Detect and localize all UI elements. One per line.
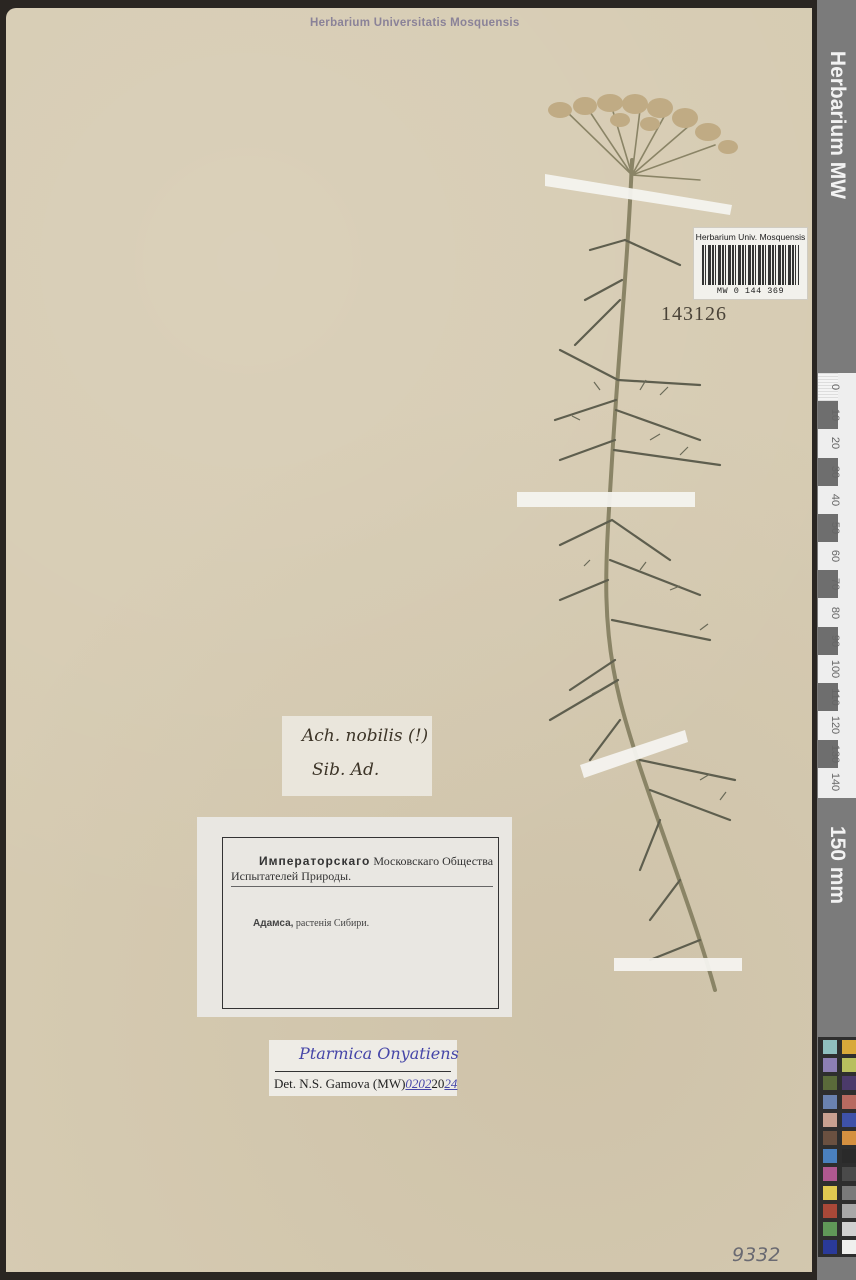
ruler-segment: 30	[818, 458, 856, 486]
color-swatch	[823, 1186, 837, 1200]
color-swatch	[842, 1040, 856, 1054]
color-swatch	[842, 1186, 856, 1200]
ruler-tick-label: 40	[829, 494, 841, 506]
label-heading: Императорскаго Московскаго Общества	[259, 854, 493, 869]
barcode-number: MW 0 144 369	[694, 286, 807, 296]
color-calibration-chart	[818, 1037, 856, 1257]
ruler-segment: 140	[818, 768, 856, 796]
ruler-tick-label: 0	[829, 384, 841, 390]
side-panel-title: Herbarium MW	[819, 20, 855, 230]
barcode-icon	[702, 245, 799, 285]
ruler-segment: 70	[818, 570, 856, 598]
color-swatch	[823, 1095, 837, 1109]
heading-rest: Московскаго Общества	[370, 854, 493, 868]
det-year: 24	[444, 1076, 457, 1091]
ruler-tick-label: 60	[829, 550, 841, 562]
ruler-segment: 60	[818, 542, 856, 570]
ruler-tick-label: 140	[829, 773, 841, 791]
color-swatch	[842, 1058, 856, 1072]
barcode-title: Herbarium Univ. Mosquensis	[694, 232, 807, 242]
color-swatch	[823, 1204, 837, 1218]
det-date: 0202	[405, 1076, 431, 1091]
color-swatch	[842, 1076, 856, 1090]
color-swatch	[842, 1095, 856, 1109]
barcode-label: Herbarium Univ. Mosquensis MW 0 144 369	[693, 227, 808, 300]
ruler-tick-label: 50	[829, 522, 841, 534]
color-swatch	[823, 1167, 837, 1181]
color-swatch	[823, 1076, 837, 1090]
determiner-line: Det. N.S. Gamova (MW)02022024	[274, 1076, 457, 1092]
ruler-segment: 10	[818, 401, 856, 429]
color-swatch	[823, 1149, 837, 1163]
color-swatch	[842, 1113, 856, 1127]
ruler-tick-label: 10	[829, 409, 841, 421]
side-title-text: Herbarium MW	[825, 51, 849, 199]
color-swatch	[823, 1240, 837, 1254]
ruler-segment: 110	[818, 683, 856, 711]
handwritten-locality: Sib. Ad.	[312, 760, 379, 780]
color-swatch	[823, 1058, 837, 1072]
color-swatch	[823, 1222, 837, 1236]
ruler-segment: 90	[818, 627, 856, 655]
ruler-segment: 50	[818, 514, 856, 542]
ruler-tick-label: 80	[829, 606, 841, 618]
determiner: Det. N.S. Gamova (MW)	[274, 1076, 405, 1091]
color-swatch	[842, 1240, 856, 1254]
collection-text: растенія Сибири.	[293, 918, 369, 929]
ruler-segment: 0	[818, 373, 856, 401]
scale-unit-label: 150 mm	[819, 810, 855, 920]
ruler-segment: 100	[818, 655, 856, 683]
ruler-segment: 130	[818, 740, 856, 768]
ruler-tick-label: 30	[829, 465, 841, 477]
label-heading-line2: Испытателей Природы.	[231, 869, 351, 884]
handwritten-taxon: Ach. nobilis (!)	[302, 726, 428, 746]
ruler-tick-label: 120	[829, 716, 841, 734]
collector-name: Адамса,	[253, 918, 293, 929]
ruler-segment: 40	[818, 486, 856, 514]
color-swatch	[823, 1113, 837, 1127]
color-swatch	[842, 1167, 856, 1181]
det-divider	[275, 1071, 451, 1072]
ruler-tick-label: 110	[829, 688, 841, 706]
accession-number: 9332	[732, 1244, 780, 1266]
determination-label: Ptarmica Onyatiens Det. N.S. Gamova (MW)…	[269, 1040, 457, 1096]
color-swatch	[823, 1040, 837, 1054]
det-year-prefix: 20	[431, 1076, 444, 1091]
ruler-tick-label: 70	[829, 578, 841, 590]
color-swatch	[842, 1131, 856, 1145]
ruler-tick-label: 100	[829, 660, 841, 678]
ruler-tick-label: 90	[829, 635, 841, 647]
collection-line: Адамса, растенія Сибири.	[253, 918, 369, 929]
label-divider	[231, 886, 493, 887]
catalog-number: 143126	[661, 303, 727, 326]
ruler-segment: 80	[818, 599, 856, 627]
ruler-tick-label: 20	[829, 437, 841, 449]
color-swatch	[823, 1131, 837, 1145]
original-collector-label: Ach. nobilis (!) Sib. Ad.	[282, 716, 432, 796]
color-swatch	[842, 1149, 856, 1163]
ruler-tick-label: 130	[829, 744, 841, 762]
printed-society-label: Императорскаго Московскаго Общества Испы…	[197, 817, 512, 1017]
color-swatch	[842, 1204, 856, 1218]
header-stamp: Herbarium Universitatis Mosquensis	[310, 17, 520, 29]
scale-ruler: 0102030405060708090100110120130140	[818, 373, 856, 798]
determined-taxon: Ptarmica Onyatiens	[299, 1044, 459, 1063]
ruler-segment: 120	[818, 711, 856, 739]
scale-unit-text: 150 mm	[825, 826, 849, 904]
heading-bold: Императорскаго	[259, 854, 370, 868]
color-swatch	[842, 1222, 856, 1236]
label-border: Императорскаго Московскаго Общества Испы…	[222, 837, 499, 1009]
ruler-segment: 20	[818, 429, 856, 457]
